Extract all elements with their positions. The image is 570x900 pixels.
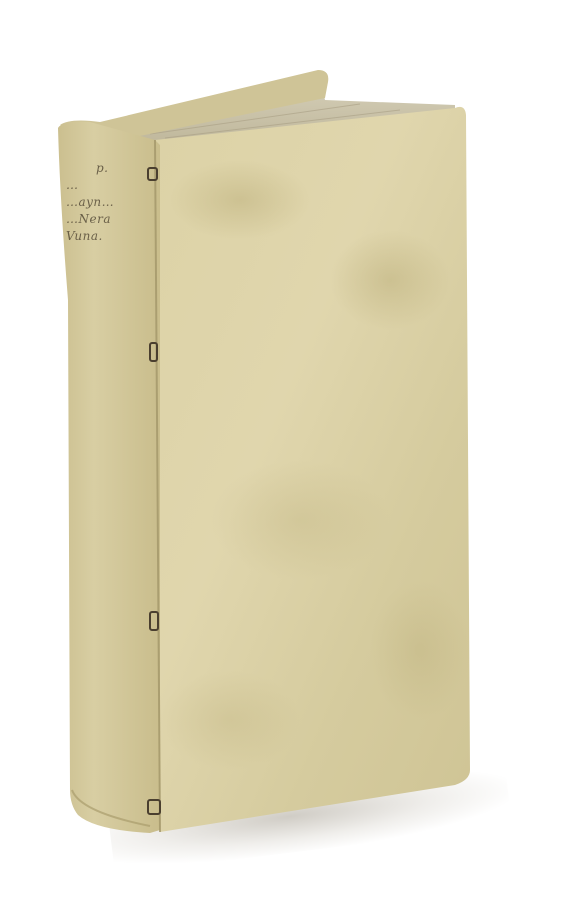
spine-line: …ayn…	[66, 194, 126, 211]
spine-inscription: p. … …ayn… …Nera Vuna.	[66, 160, 126, 245]
photo-scene: p. … …ayn… …Nera Vuna.	[0, 0, 570, 900]
spine-line: Vuna.	[66, 228, 126, 245]
vellum-book	[0, 0, 570, 900]
front-cover	[155, 107, 470, 832]
spine-line: …	[66, 177, 126, 194]
spine-line: …Nera	[66, 211, 126, 228]
spine-line: p.	[66, 160, 126, 177]
